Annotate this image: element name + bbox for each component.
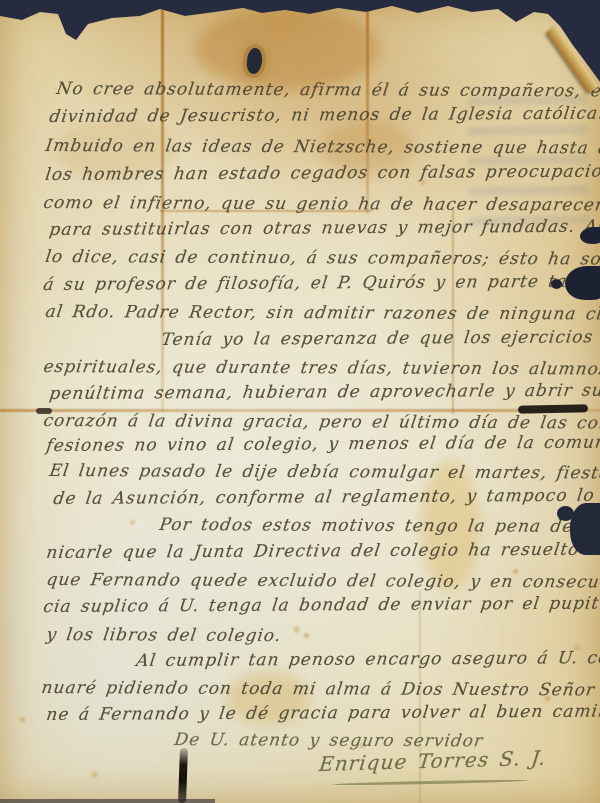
- letter-line: los hombres han estado cegados con falsa…: [44, 160, 600, 186]
- letter-line: ne á Fernando y le dé gracia para volver…: [45, 700, 600, 726]
- letter-line: á su profesor de filosofía, el P. Quirós…: [42, 270, 600, 296]
- letter-line: divinidad de Jesucristo, ni menos de la …: [48, 103, 600, 128]
- foxing-spots: [58, 12, 63, 17]
- letter-line: al Rdo. Padre Rector, sin admitir razone…: [44, 301, 600, 326]
- signature: Enrique Torres S. J.: [318, 747, 548, 775]
- letter-line: penúltima semana, hubieran de aprovechar…: [48, 380, 600, 405]
- photo-bottom-edge: [0, 799, 215, 803]
- paper-stain: [195, 8, 380, 90]
- ink-blot-small: [580, 227, 600, 244]
- signature-flourish: [332, 779, 528, 786]
- letter-line: Por todos estos motivos tengo la pena de…: [158, 514, 600, 538]
- ink-dash-left: [36, 408, 52, 414]
- ink-dash-mark: [518, 404, 588, 413]
- letter-line: cia suplico á U. tenga la bondad de envi…: [42, 592, 600, 618]
- letter-line: fesiones no vino al colegio, y menos el …: [45, 431, 600, 457]
- letter-line: lo dice, casi de continuo, á sus compañe…: [44, 246, 600, 271]
- letter-line: como el infierno, que su genio ha de hac…: [42, 192, 600, 216]
- tear-streak-bottom: [178, 748, 188, 803]
- letter-paper: No cree absolutamente, afirma él á sus c…: [0, 0, 600, 803]
- letter-line: No cree absolutamente, afirma él á sus c…: [55, 78, 600, 103]
- ink-blot-dot: [551, 279, 562, 289]
- letter-line: espirituales, que durante tres días, tuv…: [42, 356, 600, 381]
- letter-line: nuaré pidiendo con toda mi alma á Dios N…: [40, 677, 600, 702]
- paper-tear-right: [570, 503, 600, 555]
- letter-line: nicarle que la Junta Directiva del coleg…: [45, 539, 581, 564]
- letter-line: de la Asunción, conforme al reglamento, …: [52, 484, 600, 510]
- letter-line: El lunes pasado le dije debía comulgar e…: [48, 460, 600, 484]
- ink-blot-right: [565, 266, 600, 300]
- letter-line: para sustituirlas con otras nuevas y mej…: [48, 216, 600, 241]
- letter-photo: No cree absolutamente, afirma él á sus c…: [0, 0, 600, 803]
- paper-tear-knob: [557, 506, 574, 521]
- letter-line: Tenía yo la esperanza de que los ejercic…: [160, 326, 595, 351]
- letter-line: que Fernando quede excluido del colegio,…: [45, 569, 600, 594]
- letter-line: corazón á la divina gracia, pero el últi…: [42, 410, 600, 435]
- letter-line: Al cumplir tan penoso encargo aseguro á …: [135, 647, 600, 672]
- letter-line: y los libros del colegio.: [45, 624, 283, 647]
- letter-line: Imbuido en las ideas de Nietzsche, sosti…: [44, 135, 600, 160]
